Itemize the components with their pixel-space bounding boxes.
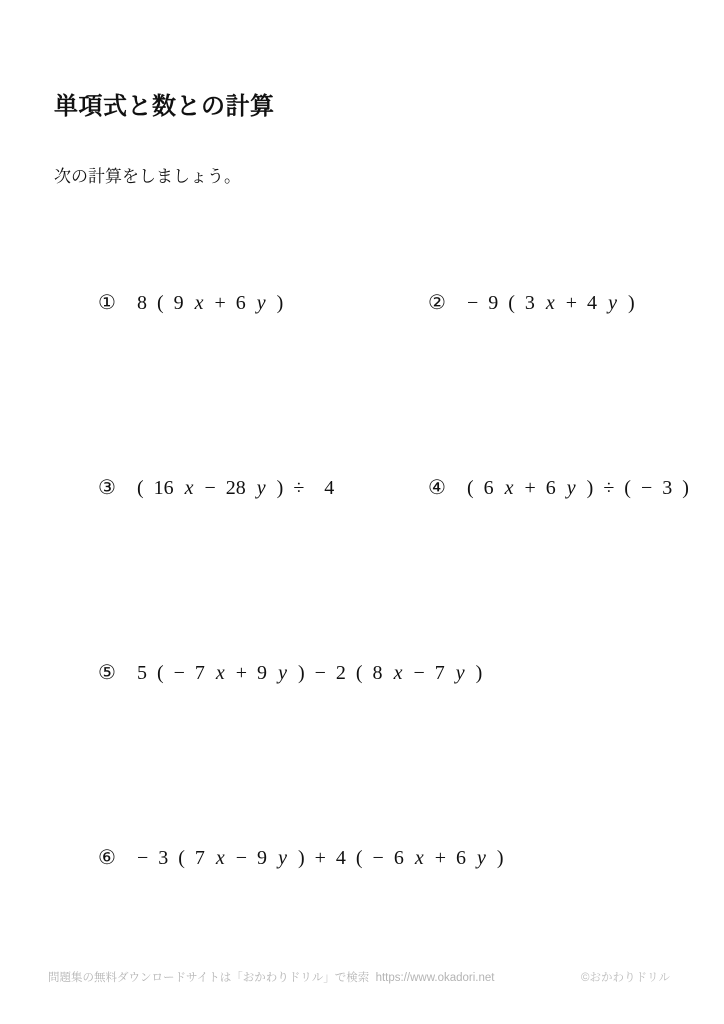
problem-1: ①8 ( 9 x + 6 y )	[78, 267, 283, 338]
problem-4: ④( 6 x + 6 y ) ÷ ( − 3 )	[408, 452, 689, 523]
problem-4-expression: ( 6 x + 6 y ) ÷ ( − 3 )	[467, 477, 689, 499]
problem-6-expression: − 3 ( 7 x − 9 y ) + 4 ( − 6 x + 6 y )	[137, 847, 504, 869]
problem-3-expression: ( 16 x − 28 y ) ÷ 4	[137, 477, 334, 499]
problem-2: ②− 9 ( 3 x + 4 y )	[408, 267, 635, 338]
problem-6-number: ⑥	[98, 845, 116, 870]
page-title: 単項式と数との計算	[54, 86, 275, 121]
problem-5-expression: 5 ( − 7 x + 9 y ) − 2 ( 8 x − 7 y )	[137, 662, 482, 684]
instruction-text: 次の計算をしましょう。	[54, 162, 241, 187]
problem-1-number: ①	[98, 290, 116, 315]
footer-copyright: ©おかわりドリル	[581, 969, 670, 985]
problem-2-number: ②	[428, 290, 446, 315]
problem-3: ③( 16 x − 28 y ) ÷ 4	[78, 452, 334, 523]
problem-5-number: ⑤	[98, 660, 116, 685]
footer-site-credit: 問題集の無料ダウンロードサイトは「おかわりドリル」で検索 https://www…	[48, 969, 494, 985]
problem-1-expression: 8 ( 9 x + 6 y )	[137, 292, 283, 314]
problem-5: ⑤5 ( − 7 x + 9 y ) − 2 ( 8 x − 7 y )	[78, 637, 482, 708]
problem-4-number: ④	[428, 475, 446, 500]
problem-3-number: ③	[98, 475, 116, 500]
worksheet-page: 単項式と数との計算 次の計算をしましょう。 ①8 ( 9 x + 6 y ) ②…	[0, 0, 724, 1024]
problem-6: ⑥− 3 ( 7 x − 9 y ) + 4 ( − 6 x + 6 y )	[78, 822, 504, 893]
problem-2-expression: − 9 ( 3 x + 4 y )	[467, 292, 635, 314]
